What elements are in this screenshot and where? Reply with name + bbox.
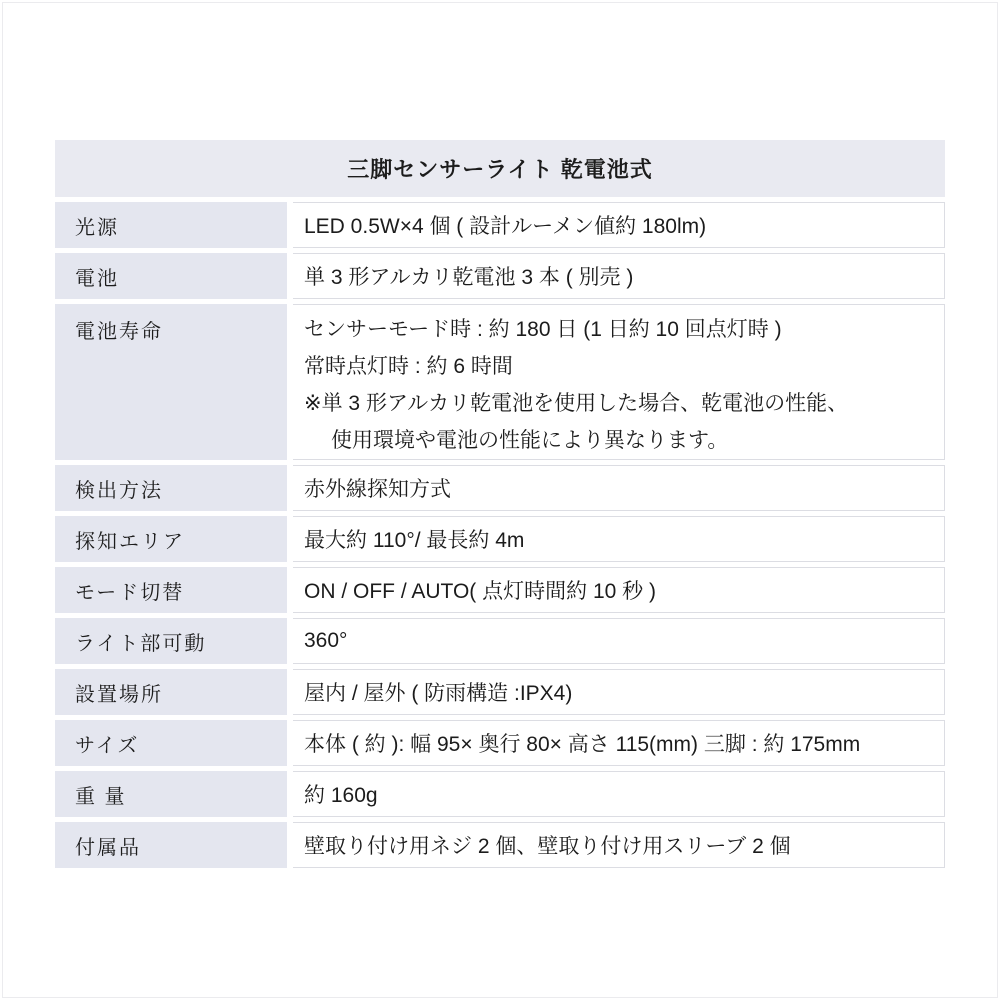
spec-value-line: センサーモード時 : 約 180 日 (1 日約 10 回点灯時 ) <box>304 311 936 348</box>
spec-row-label: 光源 <box>55 202 287 248</box>
spec-row-value: 約 160g <box>293 771 945 817</box>
spec-row: 光源 LED 0.5W×4 個 ( 設計ルーメン値約 180lm) <box>55 202 945 248</box>
spec-row-label: 付属品 <box>55 822 287 868</box>
spec-table-body: 光源 LED 0.5W×4 個 ( 設計ルーメン値約 180lm) 電池 単 3… <box>55 202 945 868</box>
spec-table: 三脚センサーライト 乾電池式 光源 LED 0.5W×4 個 ( 設計ルーメン値… <box>55 140 945 868</box>
spec-value-line: 使用環境や電池の性能により異なります。 <box>304 422 936 459</box>
spec-row-label: 検出方法 <box>55 465 287 511</box>
spec-row: 探知エリア 最大約 110°/ 最長約 4m <box>55 516 945 562</box>
spec-row-label: 探知エリア <box>55 516 287 562</box>
spec-row-value: 360° <box>293 618 945 664</box>
spec-row-value: 最大約 110°/ 最長約 4m <box>293 516 945 562</box>
spec-row-value: センサーモード時 : 約 180 日 (1 日約 10 回点灯時 )常時点灯時 … <box>293 304 945 460</box>
spec-row-value: 屋内 / 屋外 ( 防雨構造 :IPX4) <box>293 669 945 715</box>
spec-table-title: 三脚センサーライト 乾電池式 <box>55 140 945 197</box>
spec-row: 重 量 約 160g <box>55 771 945 817</box>
spec-row: 付属品 壁取り付け用ネジ 2 個、壁取り付け用スリーブ 2 個 <box>55 822 945 868</box>
spec-row: ライト部可動 360° <box>55 618 945 664</box>
spec-row-label: 電池 <box>55 253 287 299</box>
spec-row-label: 電池寿命 <box>55 304 287 460</box>
spec-row-label: 設置場所 <box>55 669 287 715</box>
spec-row-value: 本体 ( 約 ): 幅 95× 奥行 80× 高さ 115(mm) 三脚 : 約… <box>293 720 945 766</box>
spec-value-line: ※単 3 形アルカリ乾電池を使用した場合、乾電池の性能、 <box>304 385 936 422</box>
spec-value-line: 常時点灯時 : 約 6 時間 <box>304 348 936 385</box>
spec-row-value: 赤外線探知方式 <box>293 465 945 511</box>
spec-row: 設置場所 屋内 / 屋外 ( 防雨構造 :IPX4) <box>55 669 945 715</box>
spec-row: 電池 単 3 形アルカリ乾電池 3 本 ( 別売 ) <box>55 253 945 299</box>
spec-row-label: モード切替 <box>55 567 287 613</box>
spec-row-value: 壁取り付け用ネジ 2 個、壁取り付け用スリーブ 2 個 <box>293 822 945 868</box>
spec-row: 検出方法 赤外線探知方式 <box>55 465 945 511</box>
spec-row-label: 重 量 <box>55 771 287 817</box>
spec-row-label: ライト部可動 <box>55 618 287 664</box>
spec-row-value: ON / OFF / AUTO( 点灯時間約 10 秒 ) <box>293 567 945 613</box>
spec-row-value: 単 3 形アルカリ乾電池 3 本 ( 別売 ) <box>293 253 945 299</box>
spec-row: 電池寿命 センサーモード時 : 約 180 日 (1 日約 10 回点灯時 )常… <box>55 304 945 460</box>
spec-row: モード切替 ON / OFF / AUTO( 点灯時間約 10 秒 ) <box>55 567 945 613</box>
spec-row-label: サイズ <box>55 720 287 766</box>
spec-row-value: LED 0.5W×4 個 ( 設計ルーメン値約 180lm) <box>293 202 945 248</box>
spec-row: サイズ 本体 ( 約 ): 幅 95× 奥行 80× 高さ 115(mm) 三脚… <box>55 720 945 766</box>
